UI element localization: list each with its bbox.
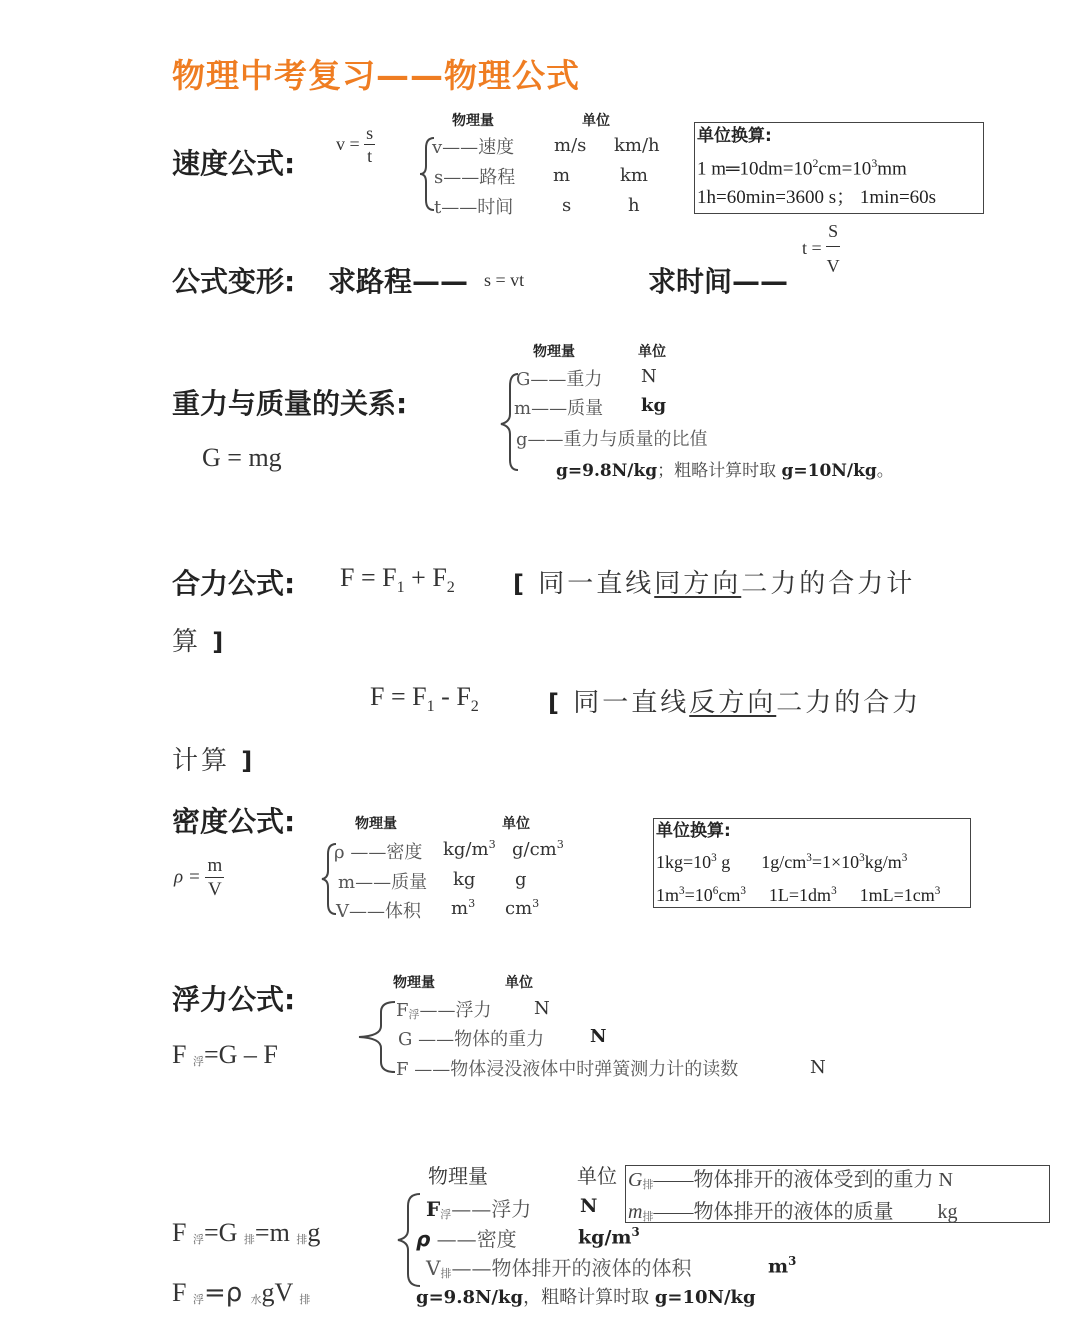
row-unit-alt: g/cm3 <box>512 838 564 860</box>
row-unit-si: m <box>553 165 570 186</box>
desc-text: 同一直线 <box>527 569 654 599</box>
note-value: g=10N/kg <box>782 461 877 481</box>
row-name: 物体排开的液体的体积 <box>491 1256 691 1280</box>
formula-part: F = F <box>370 682 427 711</box>
density-formula-lhs: ρ = <box>174 867 201 888</box>
buoyancy1-col-unit: 单位 <box>505 972 533 992</box>
gravity-col-quantity: 物理量 <box>533 341 575 361</box>
row-name: 浮力 <box>456 1000 492 1021</box>
speed-row: v——速度 <box>432 133 514 159</box>
density-denominator: V <box>208 878 222 899</box>
note-value: g=9.8N/kg <box>556 461 657 481</box>
resultant-formula-opposite: F = F1 - F2 <box>370 682 479 716</box>
row-dash: —— <box>443 167 479 188</box>
speed-formula-lhs: v = <box>336 134 360 154</box>
conv-text: 1g/cm <box>761 852 806 872</box>
row-name: 物体的重力 <box>454 1029 544 1050</box>
speed-numerator: s <box>364 124 375 145</box>
row-unit-si: s <box>562 195 571 216</box>
density-conversion-box: 单位换算: 1kg=103 g 1g/cm3=1×103kg/m3 1m3=10… <box>653 818 971 908</box>
row-dash: —— <box>349 901 385 922</box>
row-dash: —— <box>653 1169 693 1191</box>
formula-part: - F <box>435 682 471 711</box>
formula-part: F = F <box>340 563 397 592</box>
note-text: ，粗略计算时取 <box>523 1287 655 1308</box>
row-symbol: G <box>628 1169 642 1191</box>
row-symbol: m <box>628 1201 642 1223</box>
formula-sub: 1 <box>427 698 435 715</box>
density-fraction: m V <box>205 856 224 899</box>
row-symbol: G <box>398 1029 412 1050</box>
formula-part: gV <box>262 1278 300 1307</box>
row-dash: —— <box>653 1201 693 1223</box>
conversion-box-title: 单位换算: <box>695 123 983 149</box>
resultant-heading: 合力公式: <box>172 562 295 602</box>
buoyancy-formula-archimedes: F 浮=G 排=m 排g <box>172 1218 320 1248</box>
time-formula: t = S V <box>802 222 840 275</box>
row-subscript: 排 <box>642 1211 653 1223</box>
speed-row: t——时间 <box>434 193 513 219</box>
unit-text: m <box>768 1255 788 1277</box>
desc-text: 二力的合力计 <box>741 569 915 599</box>
find-distance-label: 求路程—— <box>328 260 468 300</box>
buoyancy1-brace-icon <box>355 998 397 1076</box>
formula-sub: 排 <box>299 1294 310 1306</box>
conversion-line-mass: 1kg=103 g 1g/cm3=1×103kg/m3 <box>654 843 970 877</box>
formula-sub: 排 <box>244 1234 255 1246</box>
row-dash: —— <box>420 1000 456 1021</box>
row-name: 路程 <box>479 167 515 188</box>
row-name: 密度 <box>386 842 422 863</box>
resultant-desc-opposite-wrap: 计算 ] <box>172 740 255 777</box>
row-symbol: m <box>514 398 531 419</box>
gravity-heading: 重力与质量的关系: <box>172 382 407 422</box>
buoyancy-heading: 浮力公式: <box>172 978 295 1018</box>
density-numerator: m <box>205 856 224 878</box>
row-dash: —— <box>451 1256 491 1280</box>
row-dash: —— <box>442 137 478 158</box>
desc-underlined: 同方向 <box>654 569 741 599</box>
time-numerator: S <box>826 222 840 247</box>
row-unit-si: m3 <box>451 897 475 919</box>
row-unit-alt: cm3 <box>505 897 539 919</box>
buoyancy-formula-density: F 浮=ρ 水gV 排 <box>172 1278 310 1308</box>
unit-sup: 3 <box>532 897 539 910</box>
resultant-desc-opposite: [ 同一直线反方向二力的合力 <box>548 682 921 719</box>
note-value: g=9.8N/kg <box>416 1287 523 1308</box>
row-name: 重力 <box>566 369 602 390</box>
row-name: 质量 <box>567 398 603 419</box>
row-symbol: V <box>426 1256 440 1280</box>
formula-sub: 浮 <box>193 1294 204 1306</box>
speed-conversion-box: 单位换算: 1 m═10dm=102cm=103mm 1h=60min=3600… <box>694 122 984 214</box>
gravity-row: G——重力 <box>516 365 602 391</box>
bracket-open: [ <box>548 689 562 717</box>
row-symbol: G <box>516 369 530 390</box>
row-symbol: ρ <box>416 1227 430 1251</box>
time-formula-lhs: t = <box>802 238 822 258</box>
density-row: m——质量 <box>338 868 427 894</box>
conv-text: =10 <box>685 885 713 905</box>
row-dash: —— <box>345 842 387 863</box>
conv-sup: 3 <box>902 852 908 864</box>
row-dash: —— <box>430 1227 476 1251</box>
row-name: 物体浸没液体中时弹簧测力计的读数 <box>450 1059 738 1080</box>
resultant-desc-same: [ 同一直线同方向二力的合力计 <box>513 563 915 600</box>
bracket-close: ] <box>241 747 255 775</box>
buoyancy1-row: G ——物体的重力 <box>398 1025 544 1051</box>
row-unit-si: kg/m3 <box>443 838 496 860</box>
row-unit: N <box>810 1057 826 1078</box>
unit-text: g <box>515 869 527 890</box>
buoyancy1-col-quantity: 物理量 <box>393 972 435 992</box>
row-unit-alt: g <box>515 869 527 890</box>
unit-sup: 3 <box>468 897 475 910</box>
formula-part: =ρ <box>204 1278 251 1308</box>
row-dash: —— <box>409 1059 451 1080</box>
formula-sub: 2 <box>471 698 479 715</box>
row-dash: —— <box>441 197 477 218</box>
buoyancy1-row: F浮——浮力 <box>396 996 492 1022</box>
row-name: 体积 <box>385 901 421 922</box>
row-unit: N <box>938 1169 952 1191</box>
formula-sub: 浮 <box>193 1234 204 1246</box>
row-symbol: F <box>396 1000 409 1021</box>
row-dash: —— <box>531 398 567 419</box>
row-unit: kg <box>937 1201 957 1223</box>
conv-text: 1kg=10 <box>656 852 711 872</box>
resultant-desc-same-wrap: 算 ] <box>172 621 226 658</box>
density-col-unit: 单位 <box>502 813 530 833</box>
unit-sup: 3 <box>489 838 496 851</box>
transform-heading: 公式变形: <box>172 260 295 300</box>
conv-text: cm <box>718 885 740 905</box>
buoyancy2-row: V排——物体排开的液体的体积 <box>426 1252 691 1281</box>
conv-text: 1 m═10dm=10 <box>697 158 812 179</box>
note-text: 。 <box>877 461 894 481</box>
density-col-quantity: 物理量 <box>355 813 397 833</box>
density-heading: 密度公式: <box>172 800 295 840</box>
buoyancy2-col-quantity: 物理量 <box>428 1160 488 1189</box>
displaced-liquid-box: G排——物体排开的液体受到的重力 N m排——物体排开的液体的质量kg <box>625 1165 1050 1223</box>
conv-text: kg/m <box>865 852 902 872</box>
row-unit: N <box>534 998 550 1019</box>
conv-text: =1×10 <box>812 852 859 872</box>
conversion-box-title: 单位换算: <box>654 819 970 843</box>
formula-part: F <box>172 1218 193 1247</box>
bracket-open: [ <box>513 570 527 598</box>
gravity-note: g=9.8N/kg；粗略计算时取 g=10N/kg。 <box>556 456 894 481</box>
formula-sub: 2 <box>447 579 455 596</box>
desc-text: 二力的合力 <box>776 688 921 718</box>
speed-col-unit: 单位 <box>582 110 610 130</box>
row-symbol: ρ <box>334 842 345 863</box>
row-dash: —— <box>412 1029 454 1050</box>
conv-text: 1m <box>656 885 679 905</box>
speed-fraction: s t <box>364 124 375 165</box>
formula-part: F <box>172 1040 193 1069</box>
buoyancy1-row: F ——物体浸没液体中时弹簧测力计的读数 <box>396 1055 738 1081</box>
note-text: ；粗略计算时取 <box>657 461 781 481</box>
conversion-line-volume: 1m3=106cm3 1L=1dm3 1mL=1cm3 <box>654 877 970 909</box>
formula-sub: 浮 <box>193 1056 204 1068</box>
row-symbol: F <box>426 1197 440 1221</box>
row-subscript: 浮 <box>409 1008 420 1021</box>
row-symbol: m <box>338 872 355 893</box>
conv-sup: 3 <box>831 885 837 897</box>
row-name: 浮力 <box>491 1197 531 1221</box>
row-dash: —— <box>530 369 566 390</box>
side-box-line: m排——物体排开的液体的质量kg <box>626 1199 1049 1230</box>
row-unit-si: m/s <box>554 135 586 156</box>
gravity-col-unit: 单位 <box>638 341 666 361</box>
conv-sup: 3 <box>935 885 941 897</box>
side-box-line: G排——物体排开的液体受到的重力 N <box>626 1166 1049 1199</box>
row-subscript: 排 <box>642 1179 653 1191</box>
row-symbol: F <box>396 1059 409 1080</box>
row-dash: —— <box>528 429 564 450</box>
formula-part: =G <box>204 1218 244 1247</box>
unit-text: N <box>580 1195 597 1217</box>
buoyancy2-row: F浮——浮力 <box>426 1193 531 1222</box>
conv-text: g <box>717 852 731 872</box>
density-formula: ρ = m V <box>174 856 224 899</box>
unit-text: kg <box>453 869 475 890</box>
row-symbol: v <box>432 137 442 158</box>
formula-sub: 排 <box>296 1234 307 1246</box>
row-name: 密度 <box>477 1227 517 1251</box>
formula-part: g <box>307 1218 320 1247</box>
unit-text: kg/m <box>443 839 489 860</box>
desc-text: 同一直线 <box>562 688 689 718</box>
unit-text: g/cm <box>512 839 557 860</box>
row-name: 速度 <box>478 137 514 158</box>
row-unit-alt: km <box>620 165 648 186</box>
desc-text: 算 <box>172 627 201 657</box>
desc-text: 计算 <box>172 746 230 776</box>
gravity-row: m——质量 <box>514 394 603 420</box>
unit-sup: 3 <box>557 838 564 851</box>
row-name: 质量 <box>391 872 427 893</box>
density-row: V——体积 <box>336 897 421 923</box>
formula-part: =m <box>255 1218 296 1247</box>
row-unit: N <box>580 1195 597 1217</box>
page-title: 物理中考复习——物理公式 <box>172 50 580 97</box>
formula-sub: 1 <box>397 579 405 596</box>
formula-part: F <box>172 1278 193 1307</box>
row-unit: m3 <box>768 1254 796 1277</box>
row-unit-alt: h <box>628 195 640 216</box>
formula-part: + F <box>405 563 447 592</box>
conv-text: 1mL=1cm <box>860 885 935 905</box>
row-name: 物体排开的液体的质量 <box>693 1201 893 1223</box>
bracket-close: ] <box>212 628 226 656</box>
formula-sub: 水 <box>251 1294 262 1306</box>
row-subscript: 浮 <box>440 1208 451 1221</box>
speed-heading: 速度公式: <box>172 142 295 182</box>
unit-text: cm <box>505 898 532 919</box>
conversion-line-length: 1 m═10dm=102cm=103mm <box>695 149 983 183</box>
row-unit: kg <box>641 395 666 416</box>
row-symbol: s <box>434 167 443 188</box>
time-fraction: S V <box>826 222 840 275</box>
buoyancy2-note: g=9.8N/kg，粗略计算时取 g=10N/kg <box>416 1283 756 1309</box>
row-name: 时间 <box>477 197 513 218</box>
row-name: 重力与质量的比值 <box>564 429 708 450</box>
density-row: ρ ——密度 <box>334 838 422 864</box>
find-time-label: 求时间—— <box>648 260 788 300</box>
unit-sup: 3 <box>788 1254 796 1268</box>
conv-text: mm <box>877 158 907 179</box>
speed-col-quantity: 物理量 <box>452 110 494 130</box>
conv-text: cm=10 <box>818 158 871 179</box>
row-symbol: g <box>516 429 528 450</box>
row-name: 物体排开的液体受到的重力 <box>693 1169 933 1191</box>
speed-row: s——路程 <box>434 163 515 189</box>
buoyancy2-row: ρ ——密度 <box>416 1223 517 1252</box>
resultant-formula-same: F = F1 + F2 <box>340 563 455 597</box>
conv-sup: 3 <box>740 885 746 897</box>
row-dash: —— <box>355 872 391 893</box>
gravity-row: g——重力与质量的比值 <box>516 425 708 451</box>
conv-text: 1L=1dm <box>769 885 831 905</box>
gravity-formula: G = mg <box>202 443 282 473</box>
formula-part: =G – F <box>204 1040 278 1069</box>
time-denominator: V <box>827 247 840 275</box>
row-unit: N <box>590 1026 606 1047</box>
row-symbol: V <box>336 901 349 922</box>
unit-text: kg/m <box>578 1226 632 1248</box>
row-dash: —— <box>451 1197 491 1221</box>
speed-denominator: t <box>367 145 372 165</box>
row-unit-alt: km/h <box>614 135 660 156</box>
row-subscript: 排 <box>440 1267 451 1280</box>
row-unit-si: kg <box>453 869 475 890</box>
row-unit: N <box>641 366 657 387</box>
unit-text: m <box>451 898 468 919</box>
speed-formula: v = s t <box>336 124 375 165</box>
distance-formula: s = vt <box>484 270 524 291</box>
desc-underlined: 反方向 <box>689 688 776 718</box>
conversion-line-time: 1h=60min=3600 s； 1min=60s <box>695 183 983 212</box>
note-value: g=10N/kg <box>655 1287 756 1308</box>
buoyancy-formula-weighing: F 浮=G – F <box>172 1040 278 1070</box>
buoyancy2-col-unit: 单位 <box>577 1160 617 1189</box>
